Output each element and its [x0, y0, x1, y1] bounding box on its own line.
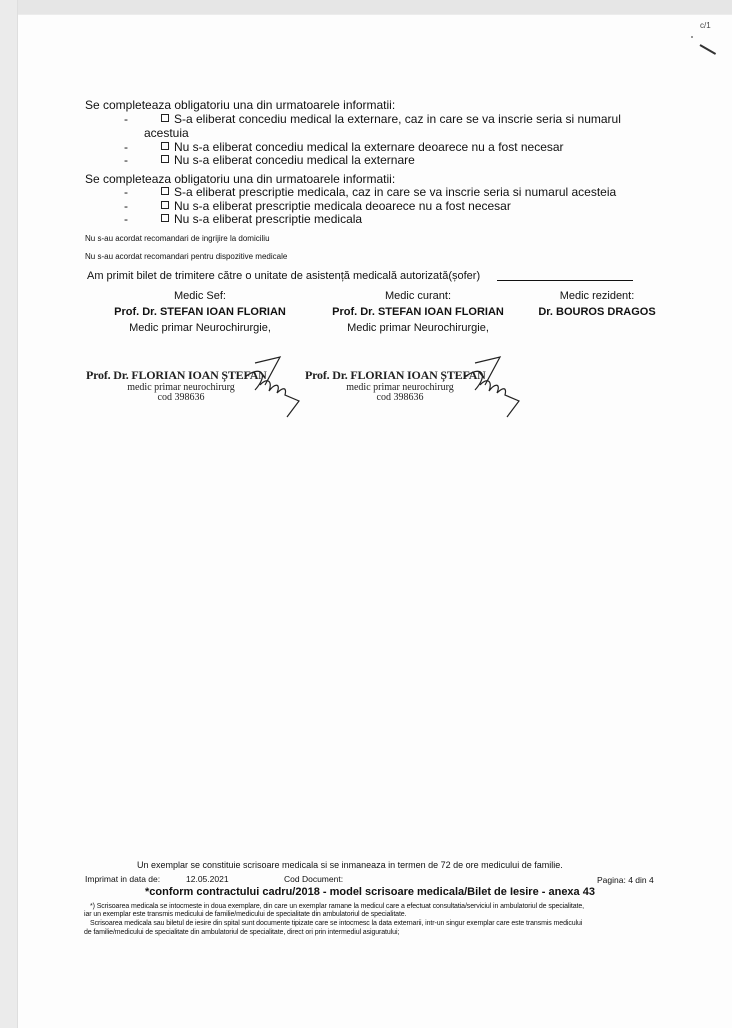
doctor-chief-name: Prof. Dr. STEFAN IOAN FLORIAN: [95, 306, 305, 318]
doctor-resident-name: Dr. BOUROS DRAGOS: [522, 306, 672, 318]
option-label: Nu s-a eliberat concediu medical la exte…: [174, 140, 564, 154]
list-dash: -: [124, 153, 128, 167]
signature-icon: [445, 355, 525, 420]
list-dash: -: [124, 112, 128, 126]
option-label: S-a eliberat prescriptie medicala, caz i…: [174, 185, 616, 199]
checkbox-icon[interactable]: [161, 201, 169, 209]
option-label: Nu s-a eliberat prescriptie medicala deo…: [174, 199, 511, 213]
checkbox-icon[interactable]: [161, 155, 169, 163]
prescription-option-2: Nu s-a eliberat prescriptie medicala deo…: [161, 199, 511, 213]
list-dash: -: [124, 140, 128, 154]
signature-icon: [225, 355, 305, 420]
margin-annotation: c/1: [700, 21, 711, 30]
doctor-attending-title: Medic primar Neurochirurgie,: [313, 322, 523, 334]
printed-date: 12.05.2021: [186, 874, 229, 884]
list-dash: -: [124, 185, 128, 199]
fine-print-line: Scrisoarea medicala sau biletul de iesir…: [90, 920, 582, 927]
leave-option-3: Nu s-a eliberat concediu medical la exte…: [161, 153, 415, 167]
checkbox-icon[interactable]: [161, 214, 169, 222]
leave-option-2: Nu s-a eliberat concediu medical la exte…: [161, 140, 564, 154]
prescription-option-1: S-a eliberat prescriptie medicala, caz i…: [161, 185, 616, 199]
list-dash: -: [124, 199, 128, 213]
checkbox-icon[interactable]: [161, 142, 169, 150]
home-care-note: Nu s-au acordat recomandari de ingrijire…: [85, 234, 270, 243]
fine-print-line: *) Scrisoarea medicala se intocmeste in …: [90, 903, 584, 910]
checkbox-icon[interactable]: [161, 114, 169, 122]
annotation-mark: [691, 36, 693, 38]
page-info: Pagina: 4 din 4: [597, 875, 654, 885]
option-label: Nu s-a eliberat prescriptie medicala: [174, 212, 362, 226]
viewer-top-bar: [0, 0, 732, 14]
doctor-chief-title: Medic primar Neurochirurgie,: [95, 322, 305, 334]
fine-print-line: iar un exemplar este transmis medicului …: [84, 911, 406, 918]
contract-note: *conform contractului cadru/2018 - model…: [145, 886, 595, 898]
prescription-option-3: Nu s-a eliberat prescriptie medicala: [161, 212, 362, 226]
referral-line: Am primit bilet de trimitere către o uni…: [87, 270, 480, 282]
doctor-resident-role: Medic rezident:: [522, 290, 672, 302]
doctor-chief-role: Medic Sef:: [95, 290, 305, 302]
leave-section-heading: Se completeaza obligatoriu una din urmat…: [85, 98, 395, 112]
doctor-attending-name: Prof. Dr. STEFAN IOAN FLORIAN: [313, 306, 523, 318]
prescription-section-heading: Se completeaza obligatoriu una din urmat…: [85, 172, 395, 186]
leave-option-1: S-a eliberat concediu medical la externa…: [161, 112, 621, 126]
viewer-left-bar: [0, 0, 18, 1028]
referral-blank-line: [497, 280, 633, 281]
leave-option-1-continuation: acestuia: [144, 126, 189, 140]
fine-print-line: de familie/medicului de specialitate din…: [84, 929, 399, 936]
doc-code-label: Cod Document:: [284, 874, 343, 884]
devices-note: Nu s-au acordat recomandari pentru dispo…: [85, 252, 287, 261]
checkbox-icon[interactable]: [161, 187, 169, 195]
list-dash: -: [124, 212, 128, 226]
printed-label: Imprimat in data de:: [85, 874, 160, 884]
option-label: Nu s-a eliberat concediu medical la exte…: [174, 153, 415, 167]
option-label: S-a eliberat concediu medical la externa…: [174, 112, 621, 126]
doctor-attending-role: Medic curant:: [313, 290, 523, 302]
copy-note: Un exemplar se constituie scrisoare medi…: [137, 860, 563, 870]
